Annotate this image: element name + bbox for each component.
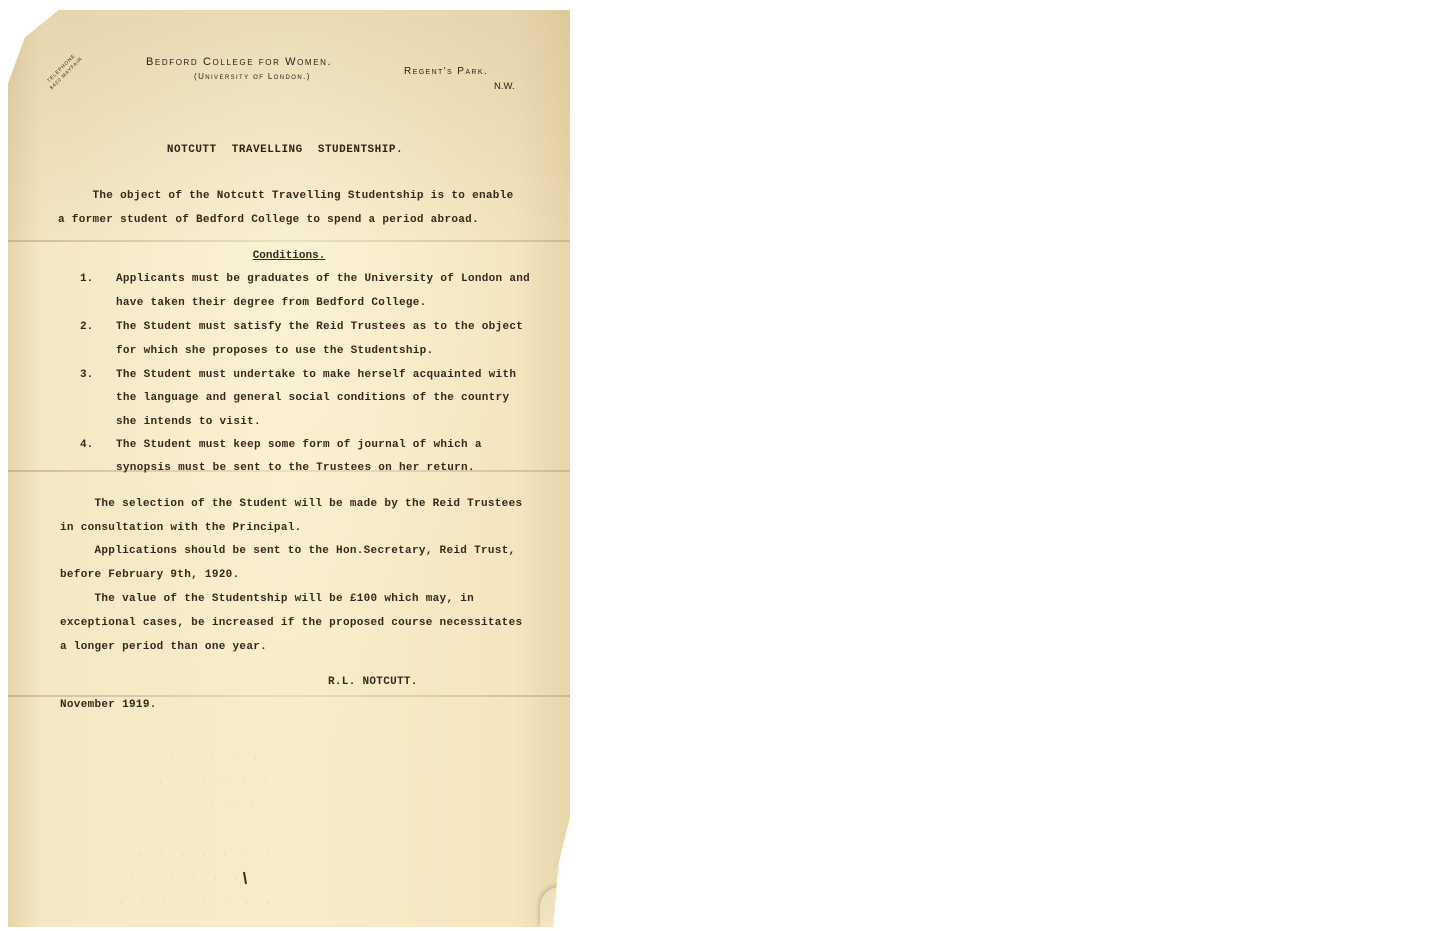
condition-number: 1.: [80, 273, 93, 285]
paragraph-line: exceptional cases, be increased if the p…: [60, 617, 522, 629]
document-date: November 1919.: [60, 699, 157, 711]
condition-line: The Student must undertake to make herse…: [116, 369, 516, 381]
condition-line: Applicants must be graduates of the Univ…: [116, 273, 530, 285]
letterhead-college: Bedford College for Women.: [146, 56, 332, 68]
condition-line: the language and general social conditio…: [116, 392, 509, 404]
intro-line: The object of the Notcutt Travelling Stu…: [58, 190, 513, 202]
paragraph-line: in consultation with the Principal.: [60, 522, 302, 534]
paragraph-line: The selection of the Student will be mad…: [60, 498, 522, 510]
condition-line: she intends to visit.: [116, 416, 261, 428]
conditions-heading: Conditions.: [8, 250, 570, 262]
show-through-text: . . . . . . . .: [118, 896, 272, 907]
paragraph-line: The value of the Studentship will be £10…: [60, 593, 474, 605]
condition-number: 3.: [80, 369, 93, 381]
dog-eared-corner: [540, 887, 570, 927]
condition-line: for which she proposes to use the Studen…: [116, 345, 433, 357]
paragraph-line: a longer period than one year.: [60, 641, 267, 653]
intro-line: a former student of Bedford College to s…: [58, 214, 479, 226]
paragraph-line: Applications should be sent to the Hon.S…: [60, 545, 515, 557]
show-through-text: . . . . . .: [128, 872, 240, 883]
document-viewer: TELEPHONE 8420 MAYFAIR Bedford College f…: [0, 0, 1454, 931]
paper-discoloration: [8, 10, 570, 240]
condition-line: The Student must keep some form of journ…: [116, 439, 482, 451]
paragraph-line: before February 9th, 1920.: [60, 569, 239, 581]
condition-line: have taken their degree from Bedford Col…: [116, 297, 427, 309]
letterhead-address: Regent's Park.: [404, 66, 488, 77]
signature: R.L. NOTCUTT.: [328, 676, 418, 688]
document-title: NOTCUTT TRAVELLING STUDENTSHIP.: [8, 144, 570, 156]
fold-line: [8, 240, 570, 242]
condition-line: The Student must satisfy the Reid Truste…: [116, 321, 523, 333]
fold-line: [8, 695, 570, 697]
condition-number: 4.: [80, 439, 93, 451]
letterhead-postal-district: N.W.: [494, 81, 515, 92]
letterhead-university: (University of London.): [194, 72, 311, 81]
show-through-text: . . . . . .: [158, 776, 270, 787]
condition-number: 2.: [80, 321, 93, 333]
letter-page: TELEPHONE 8420 MAYFAIR Bedford College f…: [8, 10, 570, 927]
show-through-text: . . . . . . .: [138, 848, 271, 859]
condition-line: synopsis must be sent to the Trustees on…: [116, 462, 475, 474]
show-through-text: . . .: [208, 800, 257, 811]
ink-mark: [243, 872, 247, 884]
show-through-text: . . . . .: [168, 752, 259, 763]
